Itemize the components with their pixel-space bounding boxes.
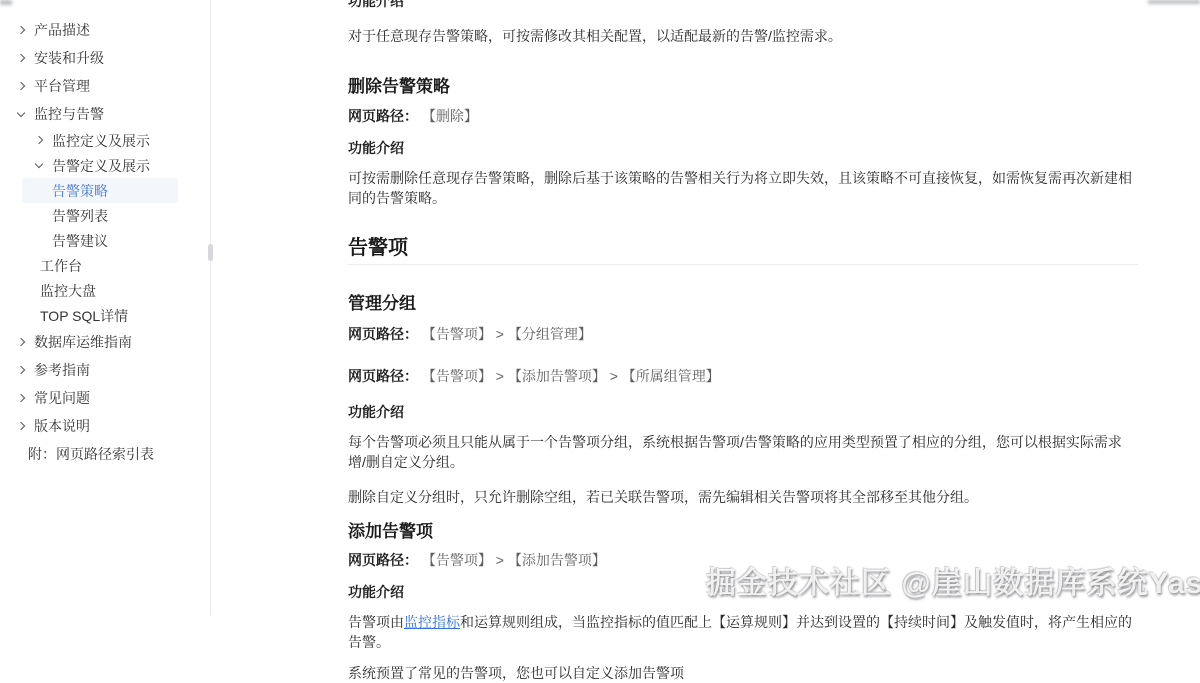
chevron-right-icon[interactable] [17,421,25,429]
sidebar-item-label: 告警列表 [52,206,108,226]
section-title-alert-item: 告警项 [348,234,1138,265]
paragraph: 对于任意现存告警策略，可按需修改其相关配置，以适配最新的告警/监控需求。 [348,26,1138,46]
sidebar-item-label: TOP SQL详情 [40,306,128,326]
sidebar-item-monitor-definition[interactable]: 监控定义及展示 [0,128,210,153]
chevron-right-icon[interactable] [17,25,25,33]
web-path-value: 【告警项】 > 【分组管理】 [422,326,592,342]
chevron-right-icon[interactable] [17,393,25,401]
sidebar-item-install-upgrade[interactable]: 安装和升级 [0,44,210,72]
sidebar-item-label: 告警定义及展示 [52,156,150,176]
web-path-label: 网页路径： [348,108,418,124]
sidebar-item-label: 数据库运维指南 [34,332,132,352]
sidebar-item-label: 监控大盘 [40,281,96,301]
section-title-add-alert-item: 添加告警项 [348,520,1138,544]
paragraph: 可按需删除任意现存告警策略，删除后基于该策略的告警相关行为将立即失效，且该策略不… [348,168,1138,208]
sidebar-item-path-index[interactable]: 附：网页路径索引表 [0,440,210,468]
web-path-line: 网页路径： 【告警项】 > 【添加告警项】 [348,550,1138,570]
chevron-right-icon[interactable] [35,136,43,144]
web-path-line: 网页路径： 【告警项】 > 【添加告警项】 > 【所属组管理】 [348,366,1138,386]
sidebar-item-label: 常见问题 [34,388,90,408]
sidebar-scrollbar-thumb[interactable] [208,244,213,261]
intro-label: 功能介绍 [348,582,1138,602]
sidebar-item-monitor-dashboard[interactable]: 监控大盘 [0,278,210,303]
sidebar-item-label: 工作台 [40,256,82,276]
chevron-down-icon[interactable] [17,108,25,116]
sidebar-item-label: 告警建议 [52,231,108,251]
sidebar-item-alert-list[interactable]: 告警列表 [0,203,210,228]
screenshot-artifact [1148,0,1200,4]
paragraph: 每个告警项必须且只能从属于一个告警项分组，系统根据告警项/告警策略的应用类型预置… [348,432,1138,472]
sidebar-item-reference-guide[interactable]: 参考指南 [0,356,210,384]
sidebar-item-label: 监控定义及展示 [52,131,150,151]
intro-label: 功能介绍 [348,138,1138,158]
sidebar-item-label: 平台管理 [34,76,90,96]
sidebar-item-workbench[interactable]: 工作台 [0,253,210,278]
chevron-right-icon[interactable] [17,81,25,89]
sidebar-item-top-sql-detail[interactable]: TOP SQL详情 [0,303,210,328]
intro-label: 功能介绍 [348,0,1138,11]
web-path-value: 【告警项】 > 【添加告警项】 > 【所属组管理】 [422,368,720,384]
sidebar-item-product-description[interactable]: 产品描述 [0,16,210,44]
web-path-line: 网页路径： 【删除】 [348,106,1138,126]
sidebar-item-label: 版本说明 [34,416,90,436]
intro-label: 功能介绍 [348,402,1138,422]
sidebar-item-label: 参考指南 [34,360,90,380]
chevron-right-icon[interactable] [17,53,25,61]
sidebar-item-label: 产品描述 [34,20,90,40]
sidebar-item-db-ops-guide[interactable]: 数据库运维指南 [0,328,210,356]
sidebar-item-alert-definition[interactable]: 告警定义及展示 [0,153,210,178]
web-path-value: 【删除】 [422,108,478,124]
sidebar-item-faq[interactable]: 常见问题 [0,384,210,412]
doc-sidebar: 产品描述 安装和升级 平台管理 监控与告警 监控定义及展示 告警定义及展示 告警… [0,0,211,616]
sidebar-item-release-notes[interactable]: 版本说明 [0,412,210,440]
screenshot-artifact [0,0,12,5]
web-path-label: 网页路径： [348,552,418,568]
chevron-right-icon[interactable] [17,337,25,345]
chevron-down-icon[interactable] [35,160,43,168]
web-path-value: 【告警项】 > 【添加告警项】 [422,552,606,568]
paragraph: 告警项由监控指标和运算规则组成，当监控指标的值匹配上【运算规则】并达到设置的【持… [348,612,1138,616]
chevron-right-icon[interactable] [17,365,25,373]
sidebar-item-label: 告警策略 [52,181,108,201]
sidebar-item-monitoring-alerts[interactable]: 监控与告警 [0,100,210,128]
web-path-label: 网页路径： [348,368,418,384]
web-path-label: 网页路径： [348,326,418,342]
doc-content: 功能介绍 对于任意现存告警策略，可按需修改其相关配置，以适配最新的告警/监控需求… [348,0,1138,616]
sidebar-item-label: 安装和升级 [34,48,104,68]
sidebar-item-alert-policy[interactable]: 告警策略 [22,178,178,203]
sidebar-item-platform-management[interactable]: 平台管理 [0,72,210,100]
section-title-delete-policy: 删除告警策略 [348,75,1138,99]
sidebar-item-alert-suggestion[interactable]: 告警建议 [0,228,210,253]
section-title-manage-group: 管理分组 [348,292,1138,316]
sidebar-item-label: 监控与告警 [34,104,104,124]
paragraph: 删除自定义分组时，只允许删除空组，若已关联告警项，需先编辑相关告警项将其全部移至… [348,487,1138,507]
sidebar-item-label: 附：网页路径索引表 [28,444,154,464]
web-path-line: 网页路径： 【告警项】 > 【分组管理】 [348,324,1138,344]
